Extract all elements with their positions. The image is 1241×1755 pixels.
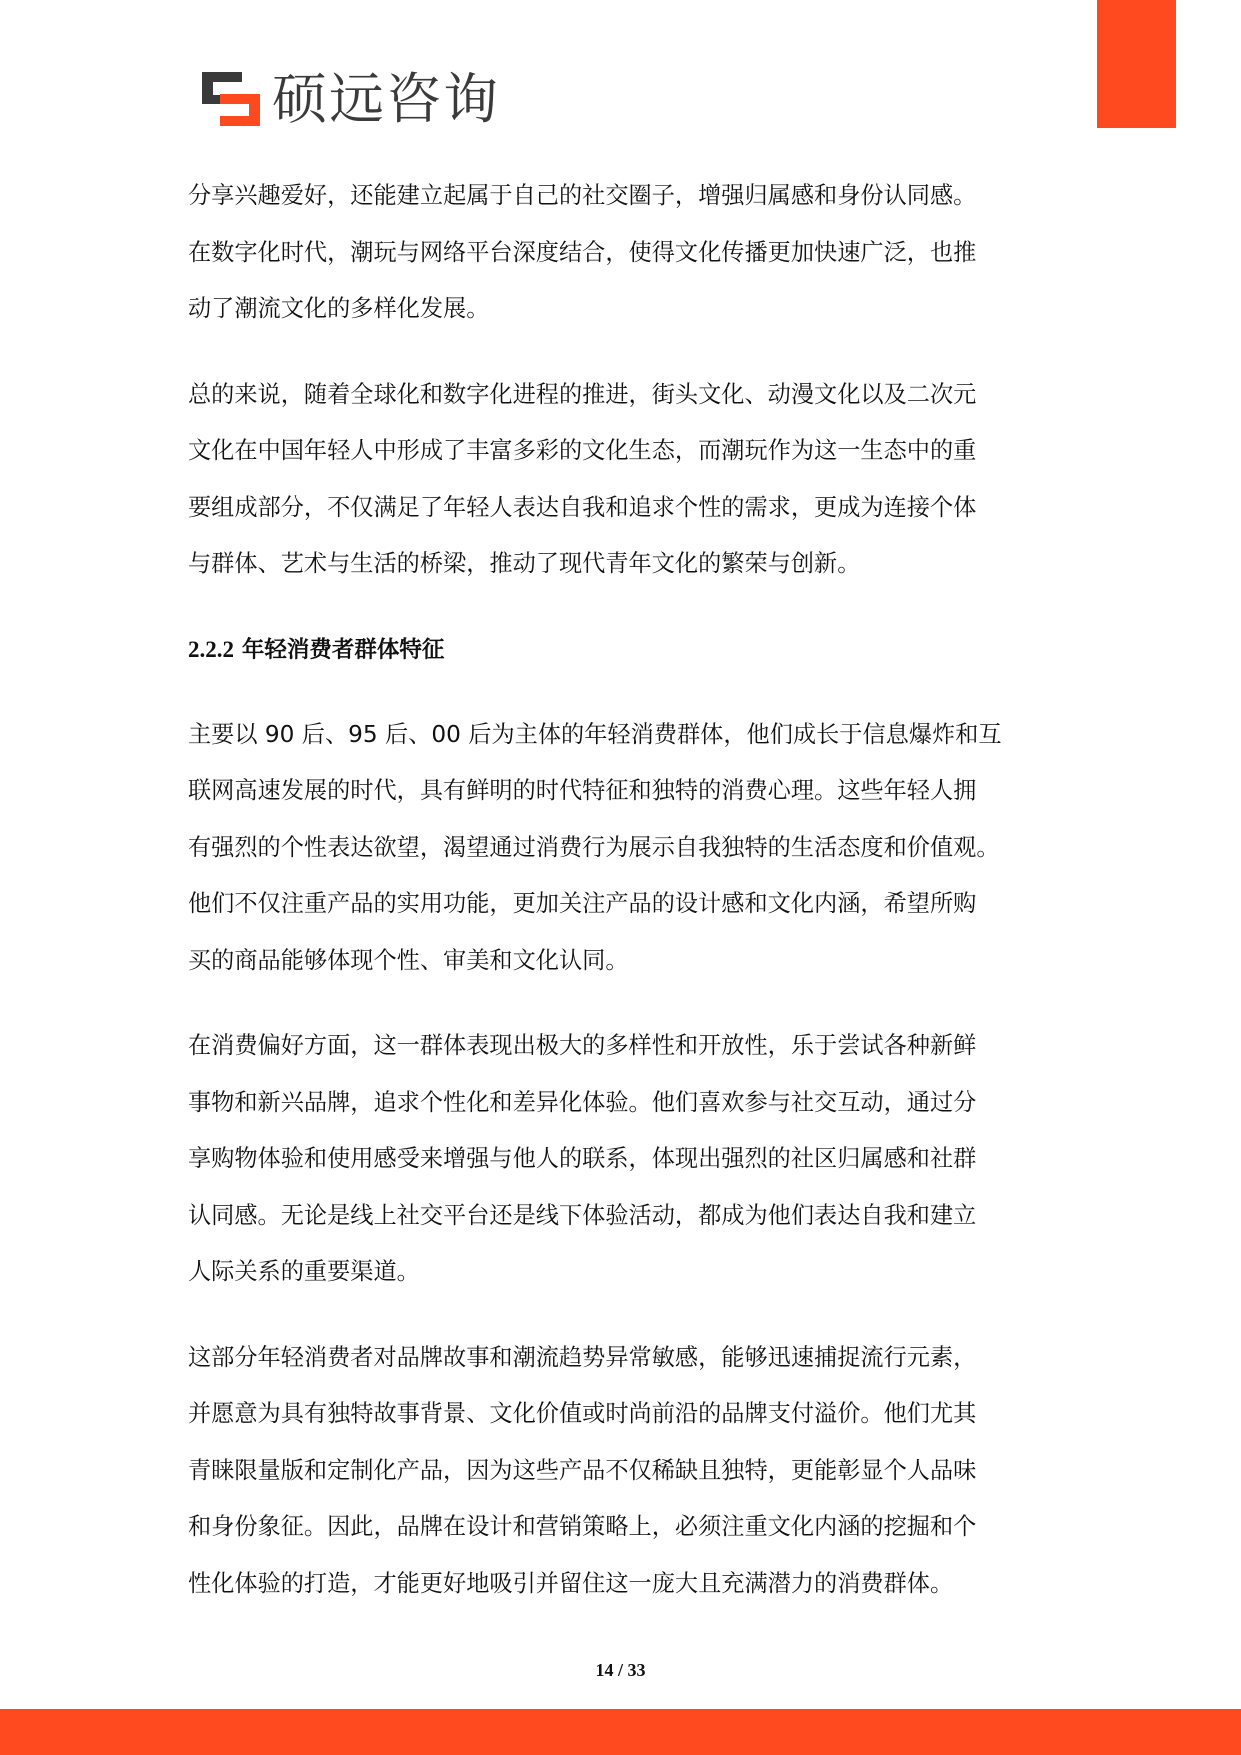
interlocking-brackets-logo-icon — [202, 72, 260, 126]
corner-accent-tab — [1097, 0, 1176, 128]
text-line: 买的商品能够体现个性、审美和文化认同。 — [188, 933, 1048, 990]
brand-logo: 硕远咨询 — [202, 66, 500, 132]
text-line: 与群体、艺术与生活的桥梁，推动了现代青年文化的繁荣与创新。 — [188, 536, 1048, 593]
text-line: 文化在中国年轻人中形成了丰富多彩的文化生态，而潮玩作为这一生态中的重 — [188, 423, 1048, 480]
paragraph-gap — [188, 1301, 1048, 1330]
paragraph: 这部分年轻消费者对品牌故事和潮流趋势异常敏感，能够迅速捕捉流行元素， 并愿意为具… — [188, 1330, 1048, 1613]
text-line: 在消费偏好方面，这一群体表现出极大的多样性和开放性，乐于尝试各种新鲜 — [188, 1018, 1048, 1075]
paragraph: 分享兴趣爱好，还能建立起属于自己的社交圈子，增强归属感和身份认同感。 在数字化时… — [188, 168, 1048, 338]
paragraph-gap — [188, 678, 1048, 707]
text-line: 青睐限量版和定制化产品，因为这些产品不仅稀缺且独特，更能彰显个人品味 — [188, 1443, 1048, 1500]
text-line: 有强烈的个性表达欲望，渴望通过消费行为展示自我独特的生活态度和价值观。 — [188, 820, 1048, 877]
paragraph: 在消费偏好方面，这一群体表现出极大的多样性和开放性，乐于尝试各种新鲜 事物和新兴… — [188, 1018, 1048, 1301]
text-line: 人际关系的重要渠道。 — [188, 1244, 1048, 1301]
text-line: 主要以 90 后、95 后、00 后为主体的年轻消费群体，他们成长于信息爆炸和互 — [188, 707, 1048, 764]
text-line: 享购物体验和使用感受来增强与他人的联系，体现出强烈的社区归属感和社群 — [188, 1131, 1048, 1188]
footer-accent-bar — [0, 1709, 1241, 1755]
section-number: 2.2.2 — [188, 637, 234, 662]
text-line: 分享兴趣爱好，还能建立起属于自己的社交圈子，增强归属感和身份认同感。 — [188, 168, 1048, 225]
text-line: 事物和新兴品牌，追求个性化和差异化体验。他们喜欢参与社交互动，通过分 — [188, 1075, 1048, 1132]
text-line: 认同感。无论是线上社交平台还是线下体验活动，都成为他们表达自我和建立 — [188, 1188, 1048, 1245]
brand-name: 硕远咨询 — [272, 66, 500, 132]
text-line: 性化体验的打造，才能更好地吸引并留住这一庞大且充满潜力的消费群体。 — [188, 1556, 1048, 1613]
text-line: 在数字化时代，潮玩与网络平台深度结合，使得文化传播更加快速广泛，也推 — [188, 225, 1048, 282]
text-line: 并愿意为具有独特故事背景、文化价值或时尚前沿的品牌支付溢价。他们尤其 — [188, 1386, 1048, 1443]
paragraph-gap — [188, 338, 1048, 367]
paragraph-gap — [188, 989, 1048, 1018]
document-body: 分享兴趣爱好，还能建立起属于自己的社交圈子，增强归属感和身份认同感。 在数字化时… — [188, 168, 1048, 1612]
paragraph-gap — [188, 593, 1048, 622]
text-line: 要组成部分，不仅满足了年轻人表达自我和追求个性的需求，更成为连接个体 — [188, 480, 1048, 537]
paragraph: 主要以 90 后、95 后、00 后为主体的年轻消费群体，他们成长于信息爆炸和互… — [188, 707, 1048, 990]
paragraph: 总的来说，随着全球化和数字化进程的推进，街头文化、动漫文化以及二次元 文化在中国… — [188, 367, 1048, 593]
section-title: 年轻消费者群体特征 — [242, 637, 445, 663]
page-number: 14 / 33 — [0, 1660, 1241, 1681]
text-line: 动了潮流文化的多样化发展。 — [188, 281, 1048, 338]
text-line: 这部分年轻消费者对品牌故事和潮流趋势异常敏感，能够迅速捕捉流行元素， — [188, 1330, 1048, 1387]
section-heading: 2.2.2 年轻消费者群体特征 — [188, 622, 1048, 678]
text-line: 他们不仅注重产品的实用功能，更加关注产品的设计感和文化内涵，希望所购 — [188, 876, 1048, 933]
text-line: 联网高速发展的时代，具有鲜明的时代特征和独特的消费心理。这些年轻人拥 — [188, 763, 1048, 820]
text-line: 和身份象征。因此，品牌在设计和营销策略上，必须注重文化内涵的挖掘和个 — [188, 1499, 1048, 1556]
text-line: 总的来说，随着全球化和数字化进程的推进，街头文化、动漫文化以及二次元 — [188, 367, 1048, 424]
